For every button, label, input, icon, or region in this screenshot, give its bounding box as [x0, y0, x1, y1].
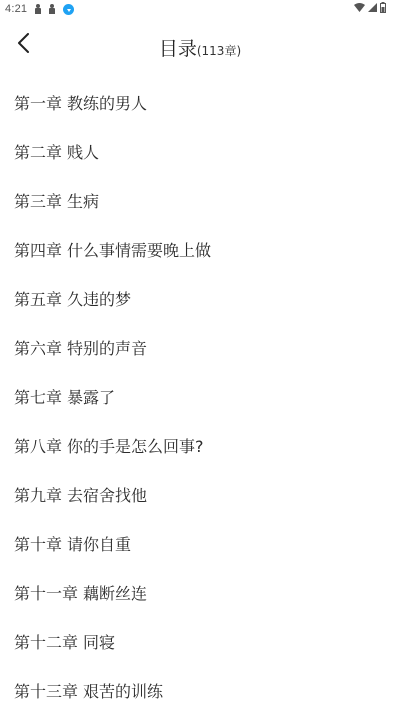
chapter-title: 生病: [67, 189, 99, 212]
chapter-number: 第六章: [14, 336, 62, 359]
chapter-item[interactable]: 第四章什么事情需要晚上做: [0, 225, 400, 274]
page-title-text: 目录: [159, 38, 197, 60]
chapter-number: 第十一章: [14, 581, 78, 604]
chapter-title: 特别的声音: [67, 336, 147, 359]
chapter-item[interactable]: 第九章去宿舍找他: [0, 470, 400, 519]
chapter-item[interactable]: 第八章你的手是怎么回事?: [0, 421, 400, 470]
chapter-item[interactable]: 第一章教练的男人: [0, 78, 400, 127]
chapter-title: 艰苦的训练: [83, 679, 163, 702]
download-notification-icon: [63, 4, 74, 15]
header: 目录(113章): [0, 18, 400, 76]
chapter-number: 第八章: [14, 434, 62, 457]
chapter-title: 请你自重: [67, 532, 131, 555]
chapter-item[interactable]: 第十一章藕断丝连: [0, 568, 400, 617]
chapter-number: 第一章: [14, 91, 62, 114]
chapter-title: 久违的梦: [67, 287, 131, 310]
signal-icon: [368, 3, 377, 15]
chapter-number: 第九章: [14, 483, 62, 506]
chapter-number: 第十二章: [14, 630, 78, 653]
chapter-number: 第十章: [14, 532, 62, 555]
status-bar-right: [354, 2, 400, 16]
status-bar: 4:21: [0, 0, 400, 18]
person-notification-icon: [35, 4, 41, 14]
chapter-item[interactable]: 第二章贱人: [0, 127, 400, 176]
person-notification-icon: [49, 4, 55, 14]
chapter-item[interactable]: 第十章请你自重: [0, 519, 400, 568]
wifi-icon: [354, 3, 365, 15]
chapter-item[interactable]: 第三章生病: [0, 176, 400, 225]
page-title: 目录(113章): [0, 34, 400, 61]
chapter-title: 同寝: [83, 630, 115, 653]
chapter-title: 什么事情需要晚上做: [67, 238, 211, 261]
chapter-item[interactable]: 第十三章艰苦的训练: [0, 666, 400, 711]
chapter-number: 第二章: [14, 140, 62, 163]
chapter-number: 第五章: [14, 287, 62, 310]
chapter-number: 第七章: [14, 385, 62, 408]
chapter-item[interactable]: 第十二章同寝: [0, 617, 400, 666]
chapter-list: 第一章教练的男人 第二章贱人 第三章生病 第四章什么事情需要晚上做 第五章久违的…: [0, 78, 400, 711]
chapter-number: 第四章: [14, 238, 62, 261]
chapter-item[interactable]: 第七章暴露了: [0, 372, 400, 421]
status-time: 4:21: [5, 3, 27, 15]
chapter-number: 第三章: [14, 189, 62, 212]
chapter-title: 贱人: [67, 140, 99, 163]
chapter-title: 教练的男人: [67, 91, 147, 114]
battery-icon: [380, 2, 386, 16]
chapter-count: (113章): [197, 44, 241, 58]
chapter-title: 去宿舍找他: [67, 483, 147, 506]
chapter-title: 藕断丝连: [83, 581, 147, 604]
chapter-number: 第十三章: [14, 679, 78, 702]
chapter-title: 暴露了: [67, 385, 115, 408]
chapter-title: 你的手是怎么回事?: [67, 434, 204, 457]
status-bar-left: 4:21: [0, 3, 74, 15]
chapter-item[interactable]: 第六章特别的声音: [0, 323, 400, 372]
chapter-item[interactable]: 第五章久违的梦: [0, 274, 400, 323]
